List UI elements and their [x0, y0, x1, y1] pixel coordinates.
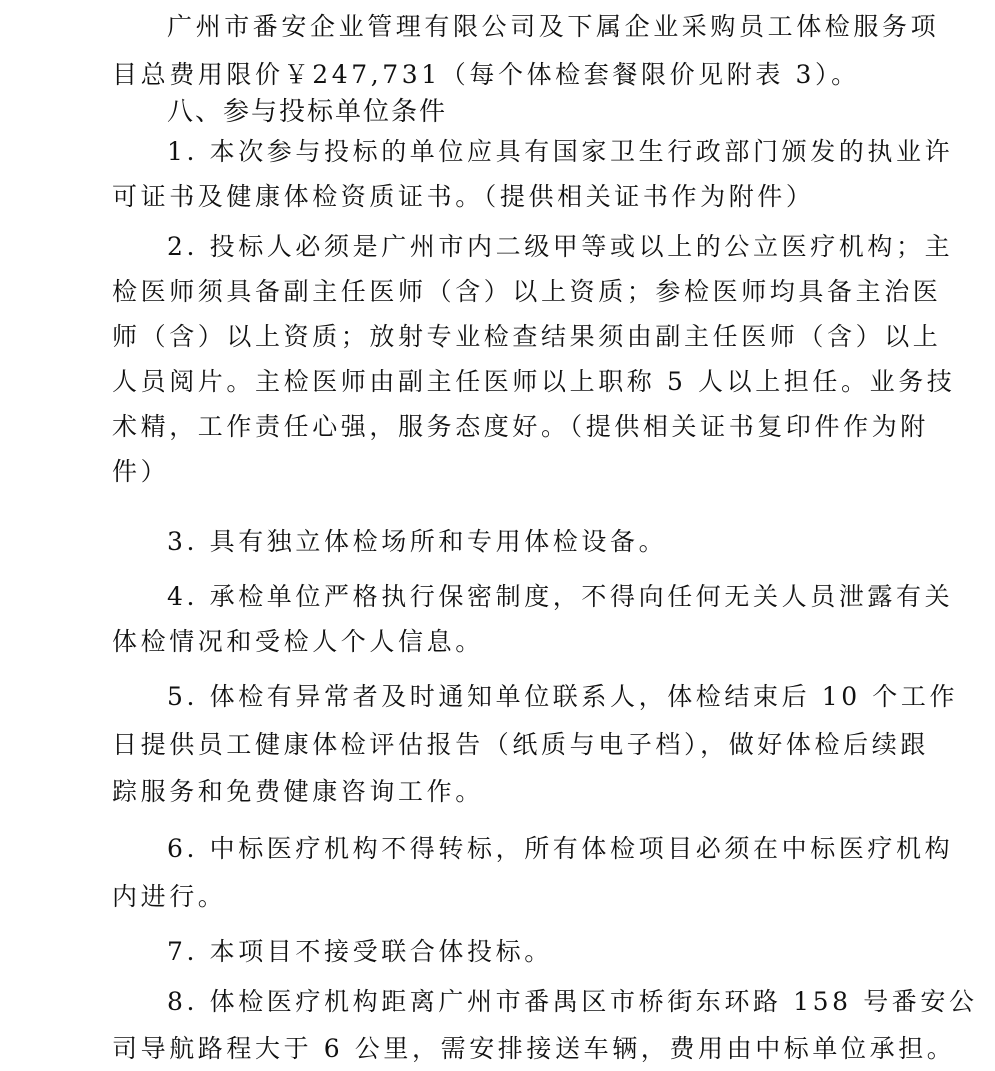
item-6-line-1: 6. 中标医疗机构不得转标，所有体检项目必须在中标医疗机构 [167, 832, 887, 866]
item-7-line-1: 7. 本项目不接受联合体投标。 [167, 935, 887, 969]
section-heading: 八、参与投标单位条件 [167, 95, 887, 129]
item-2-line-4: 人员阅片。主检医师由副主任医师以上职称 5 人以上担任。业务技 [112, 365, 887, 399]
item-6-line-2: 内进行。 [112, 880, 887, 914]
item-8-line-2: 司导航路程大于 6 公里，需安排接送车辆，费用由中标单位承担。 [112, 1032, 887, 1066]
item-5-line-2: 日提供员工健康体检评估报告（纸质与电子档），做好体检后续跟 [112, 728, 887, 762]
item-2-line-6: 件） [112, 455, 887, 489]
item-1-line-2: 可证书及健康体检资质证书。（提供相关证书作为附件） [112, 180, 887, 214]
item-8-line-1: 8. 体检医疗机构距离广州市番禺区市桥街东环路 158 号番安公 [167, 985, 887, 1019]
intro-line-2: 目总费用限价￥247,731（每个体检套餐限价见附表 3）。 [112, 58, 887, 92]
item-2-line-1: 2. 投标人必须是广州市内二级甲等或以上的公立医疗机构；主 [167, 230, 887, 264]
item-5-line-3: 踪服务和免费健康咨询工作。 [112, 775, 887, 809]
intro-line-1: 广州市番安企业管理有限公司及下属企业采购员工体检服务项 [167, 10, 887, 44]
item-1-line-1: 1. 本次参与投标的单位应具有国家卫生行政部门颁发的执业许 [167, 135, 887, 169]
item-4-line-1: 4. 承检单位严格执行保密制度，不得向任何无关人员泄露有关 [167, 580, 887, 614]
item-2-line-2: 检医师须具备副主任医师（含）以上资质；参检医师均具备主治医 [112, 275, 887, 309]
item-2-line-5: 术精，工作责任心强，服务态度好。（提供相关证书复印件作为附 [112, 410, 887, 444]
item-4-line-2: 体检情况和受检人个人信息。 [112, 625, 887, 659]
item-2-line-3: 师（含）以上资质；放射专业检查结果须由副主任医师（含）以上 [112, 320, 887, 354]
item-5-line-1: 5. 体检有异常者及时通知单位联系人，体检结束后 10 个工作 [167, 680, 887, 714]
item-3-line-1: 3. 具有独立体检场所和专用体检设备。 [167, 525, 887, 559]
